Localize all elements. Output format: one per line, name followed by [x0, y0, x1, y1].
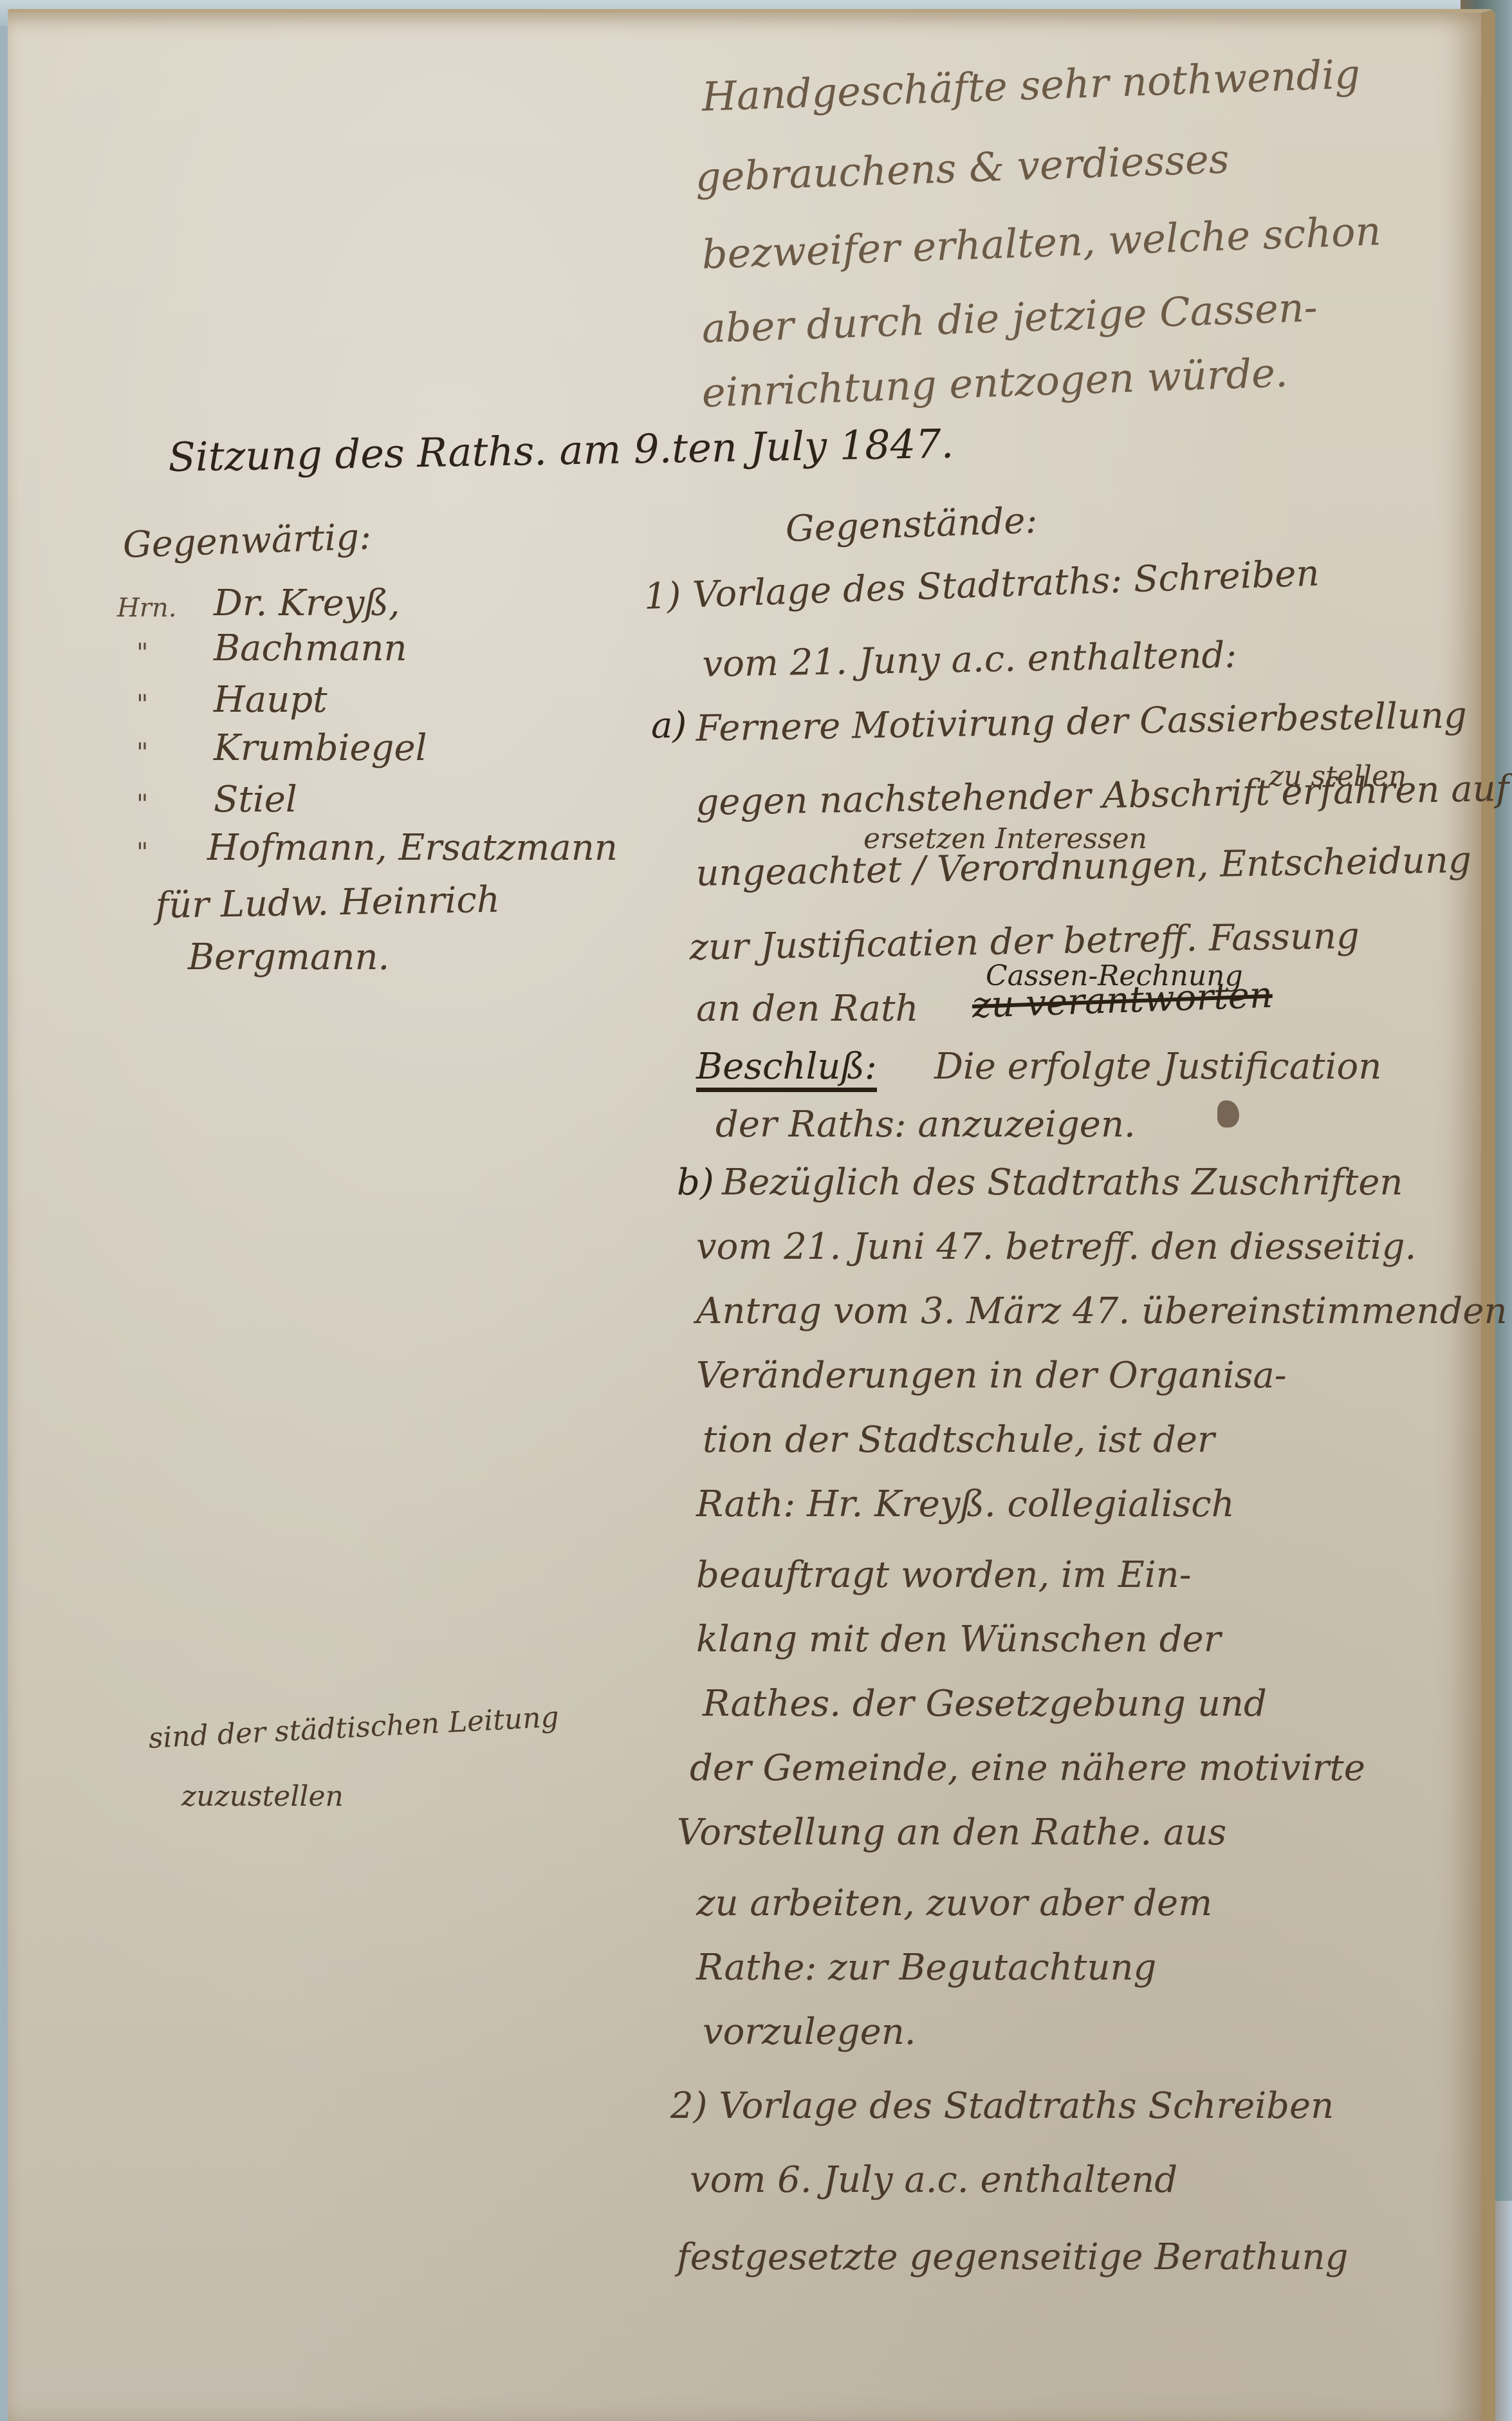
agenda-item-1-line: 1) Vorlage des Stadtraths: Schreiben: [643, 555, 1320, 615]
sub-b-line: Vorstellung an den Rathe. aus: [677, 1815, 1226, 1851]
sub-b-line: Antrag vom 3. März 47. übereinstimmenden: [696, 1294, 1507, 1330]
agenda-label: Gegenstände:: [785, 503, 1038, 548]
member-name: Bergmann.: [188, 940, 389, 976]
heading-day: 9.ten: [633, 424, 737, 473]
member-name: Stiel: [214, 782, 297, 818]
member-name: Hofmann, Ersatzmann: [207, 830, 618, 866]
sub-a-line: gegen nachstehender Abschrift erfahren a…: [696, 771, 1509, 821]
resolution-text: Die erfolgte Justification: [934, 1049, 1381, 1085]
item-marker-b: b): [677, 1165, 714, 1201]
member-name: Krumbiegel: [214, 730, 427, 766]
sub-b-line: vom 21. Juni 47. betreff. den diesseitig…: [696, 1229, 1416, 1265]
sub-b-line: Rath: Hr. Kreyß. collegialisch: [696, 1487, 1235, 1523]
attendance-label: Gegenwärtig:: [122, 519, 372, 564]
sub-b-line: Rathes. der Gesetzgebung und: [703, 1686, 1267, 1722]
heading-month: July: [750, 422, 827, 470]
sub-a-line: ungeachtet / Verordnungen, Entscheidung: [696, 842, 1471, 892]
manuscript-page: Handgeschäfte sehr nothwendig gebrauchen…: [8, 9, 1495, 2421]
member-prefix: ": [136, 692, 148, 718]
member-prefix: ": [136, 640, 148, 666]
carryover-line: Handgeschäfte sehr nothwendig: [701, 54, 1361, 117]
agenda-item-2-line: festgesetzte gegenseitige Berathung: [677, 2240, 1348, 2276]
carryover-line: gebrauchens & verdiesses: [695, 139, 1230, 198]
resolution-label: Beschluß:: [696, 1049, 877, 1092]
heading-year: 1847.: [839, 420, 954, 469]
resolution-continuation: der Raths: anzuzeigen.: [715, 1107, 1136, 1143]
member-prefix: ": [136, 792, 148, 817]
sub-b-line: beauftragt worden, im Ein-: [696, 1557, 1192, 1593]
session-heading: Sitzung des Raths. am 9.ten July 1847.: [168, 424, 954, 478]
item-marker-a: a): [651, 708, 687, 744]
margin-note-line: zuzustellen: [181, 1783, 344, 1811]
sub-b-line: Rathe: zur Begutachtung: [696, 1950, 1156, 1986]
sub-b-line: vorzulegen.: [703, 2014, 916, 2050]
sub-b-line: Veränderungen in der Organisa-: [696, 1358, 1287, 1394]
sub-a-line: zur Justificatien der betreff. Fassung: [689, 918, 1360, 966]
struck-text: zu verantworten: [972, 978, 1273, 1024]
carryover-line: aber durch die jetzige Cassen-: [701, 288, 1318, 349]
ink-blot: [1217, 1100, 1239, 1127]
sub-a-line: Fernere Motivirung der Cassierbestellung: [696, 698, 1467, 747]
substitute-note: für Ludw. Heinrich: [155, 882, 500, 924]
sub-b-line: zu arbeiten, zuvor aber dem: [696, 1886, 1212, 1922]
sub-b-line: der Gemeinde, eine nähere motivirte: [690, 1750, 1365, 1786]
sub-b-line: Bezüglich des Stadtraths Zuschriften: [722, 1165, 1403, 1201]
margin-note-line: sind der städtischen Leitung: [148, 1703, 560, 1753]
agenda-item-2-line: 2) Vorlage des Stadtraths Schreiben: [670, 2088, 1334, 2124]
sub-b-line: klang mit den Wünschen der: [696, 1622, 1221, 1658]
member-prefix: ": [136, 740, 148, 766]
carryover-line: bezweifer erhalten, welche schon: [701, 211, 1382, 275]
member-name: Bachmann: [214, 631, 407, 667]
member-prefix: Hrn.: [117, 595, 176, 621]
member-name: Dr. Kreyß,: [214, 586, 400, 622]
sub-a-line: an den Rath: [696, 991, 919, 1027]
member-name: Haupt: [214, 682, 327, 718]
agenda-item-1-line: vom 21. Juny a.c. enthaltend:: [702, 638, 1237, 683]
heading-text: Sitzung des Raths. am: [168, 426, 622, 481]
agenda-item-2-line: vom 6. July a.c. enthaltend: [690, 2162, 1177, 2198]
sub-b-line: tion der Stadtschule, ist der: [703, 1422, 1215, 1458]
carryover-line: einrichtung entzogen würde.: [701, 353, 1289, 413]
member-prefix: ": [136, 840, 148, 866]
